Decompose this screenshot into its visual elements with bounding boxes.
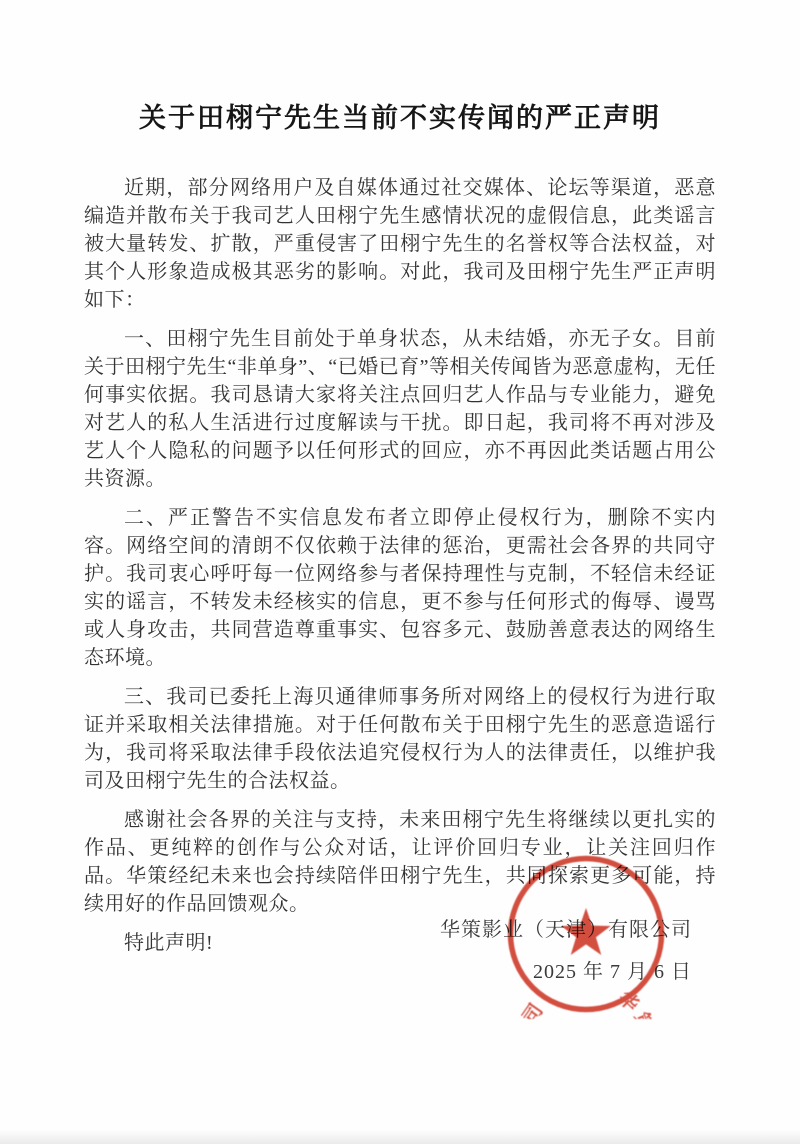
statement-item-1: 一、田栩宁先生目前处于单身状态，从未结婚，亦无子女。目前关于田栩宁先生“非单身”… <box>84 325 716 493</box>
signature-date: 2025 年 7 月 6 日 <box>440 958 692 986</box>
seal-curved-text-container: 华策影业（天津）有限公司 <box>511 986 661 1019</box>
statement-item-3: 三、我司已委托上海贝通律师事务所对网络上的侵权行为进行取证并采取相关法律措施。对… <box>84 683 716 795</box>
statement-document: 关于田栩宁先生当前不实传闻的严正声明 近期，部分网络用户及自媒体通过社交媒体、论… <box>0 0 800 1144</box>
seal-curved-text: 华策影业（天津）有限公司 <box>511 986 661 1019</box>
thanks-paragraph: 感谢社会各界的关注与支持，未来田栩宁先生将继续以更扎实的作品、更纯粹的创作与公众… <box>84 806 716 918</box>
statement-body: 近期，部分网络用户及自媒体通过社交媒体、论坛等渠道，恶意编造并散布关于我司艺人田… <box>84 174 716 957</box>
signature-company-name: 华策影业（天津）有限公司 <box>440 916 692 944</box>
statement-item-2: 二、严正警告不实信息发布者立即停止侵权行为，删除不实内容。网络空间的清朗不仅依赖… <box>84 504 716 672</box>
intro-paragraph: 近期，部分网络用户及自媒体通过社交媒体、论坛等渠道，恶意编造并散布关于我司艺人田… <box>84 174 716 314</box>
signature-block: 华策影业（天津）有限公司 2025 年 7 月 6 日 <box>440 916 692 986</box>
statement-title: 关于田栩宁先生当前不实传闻的严正声明 <box>84 98 716 138</box>
